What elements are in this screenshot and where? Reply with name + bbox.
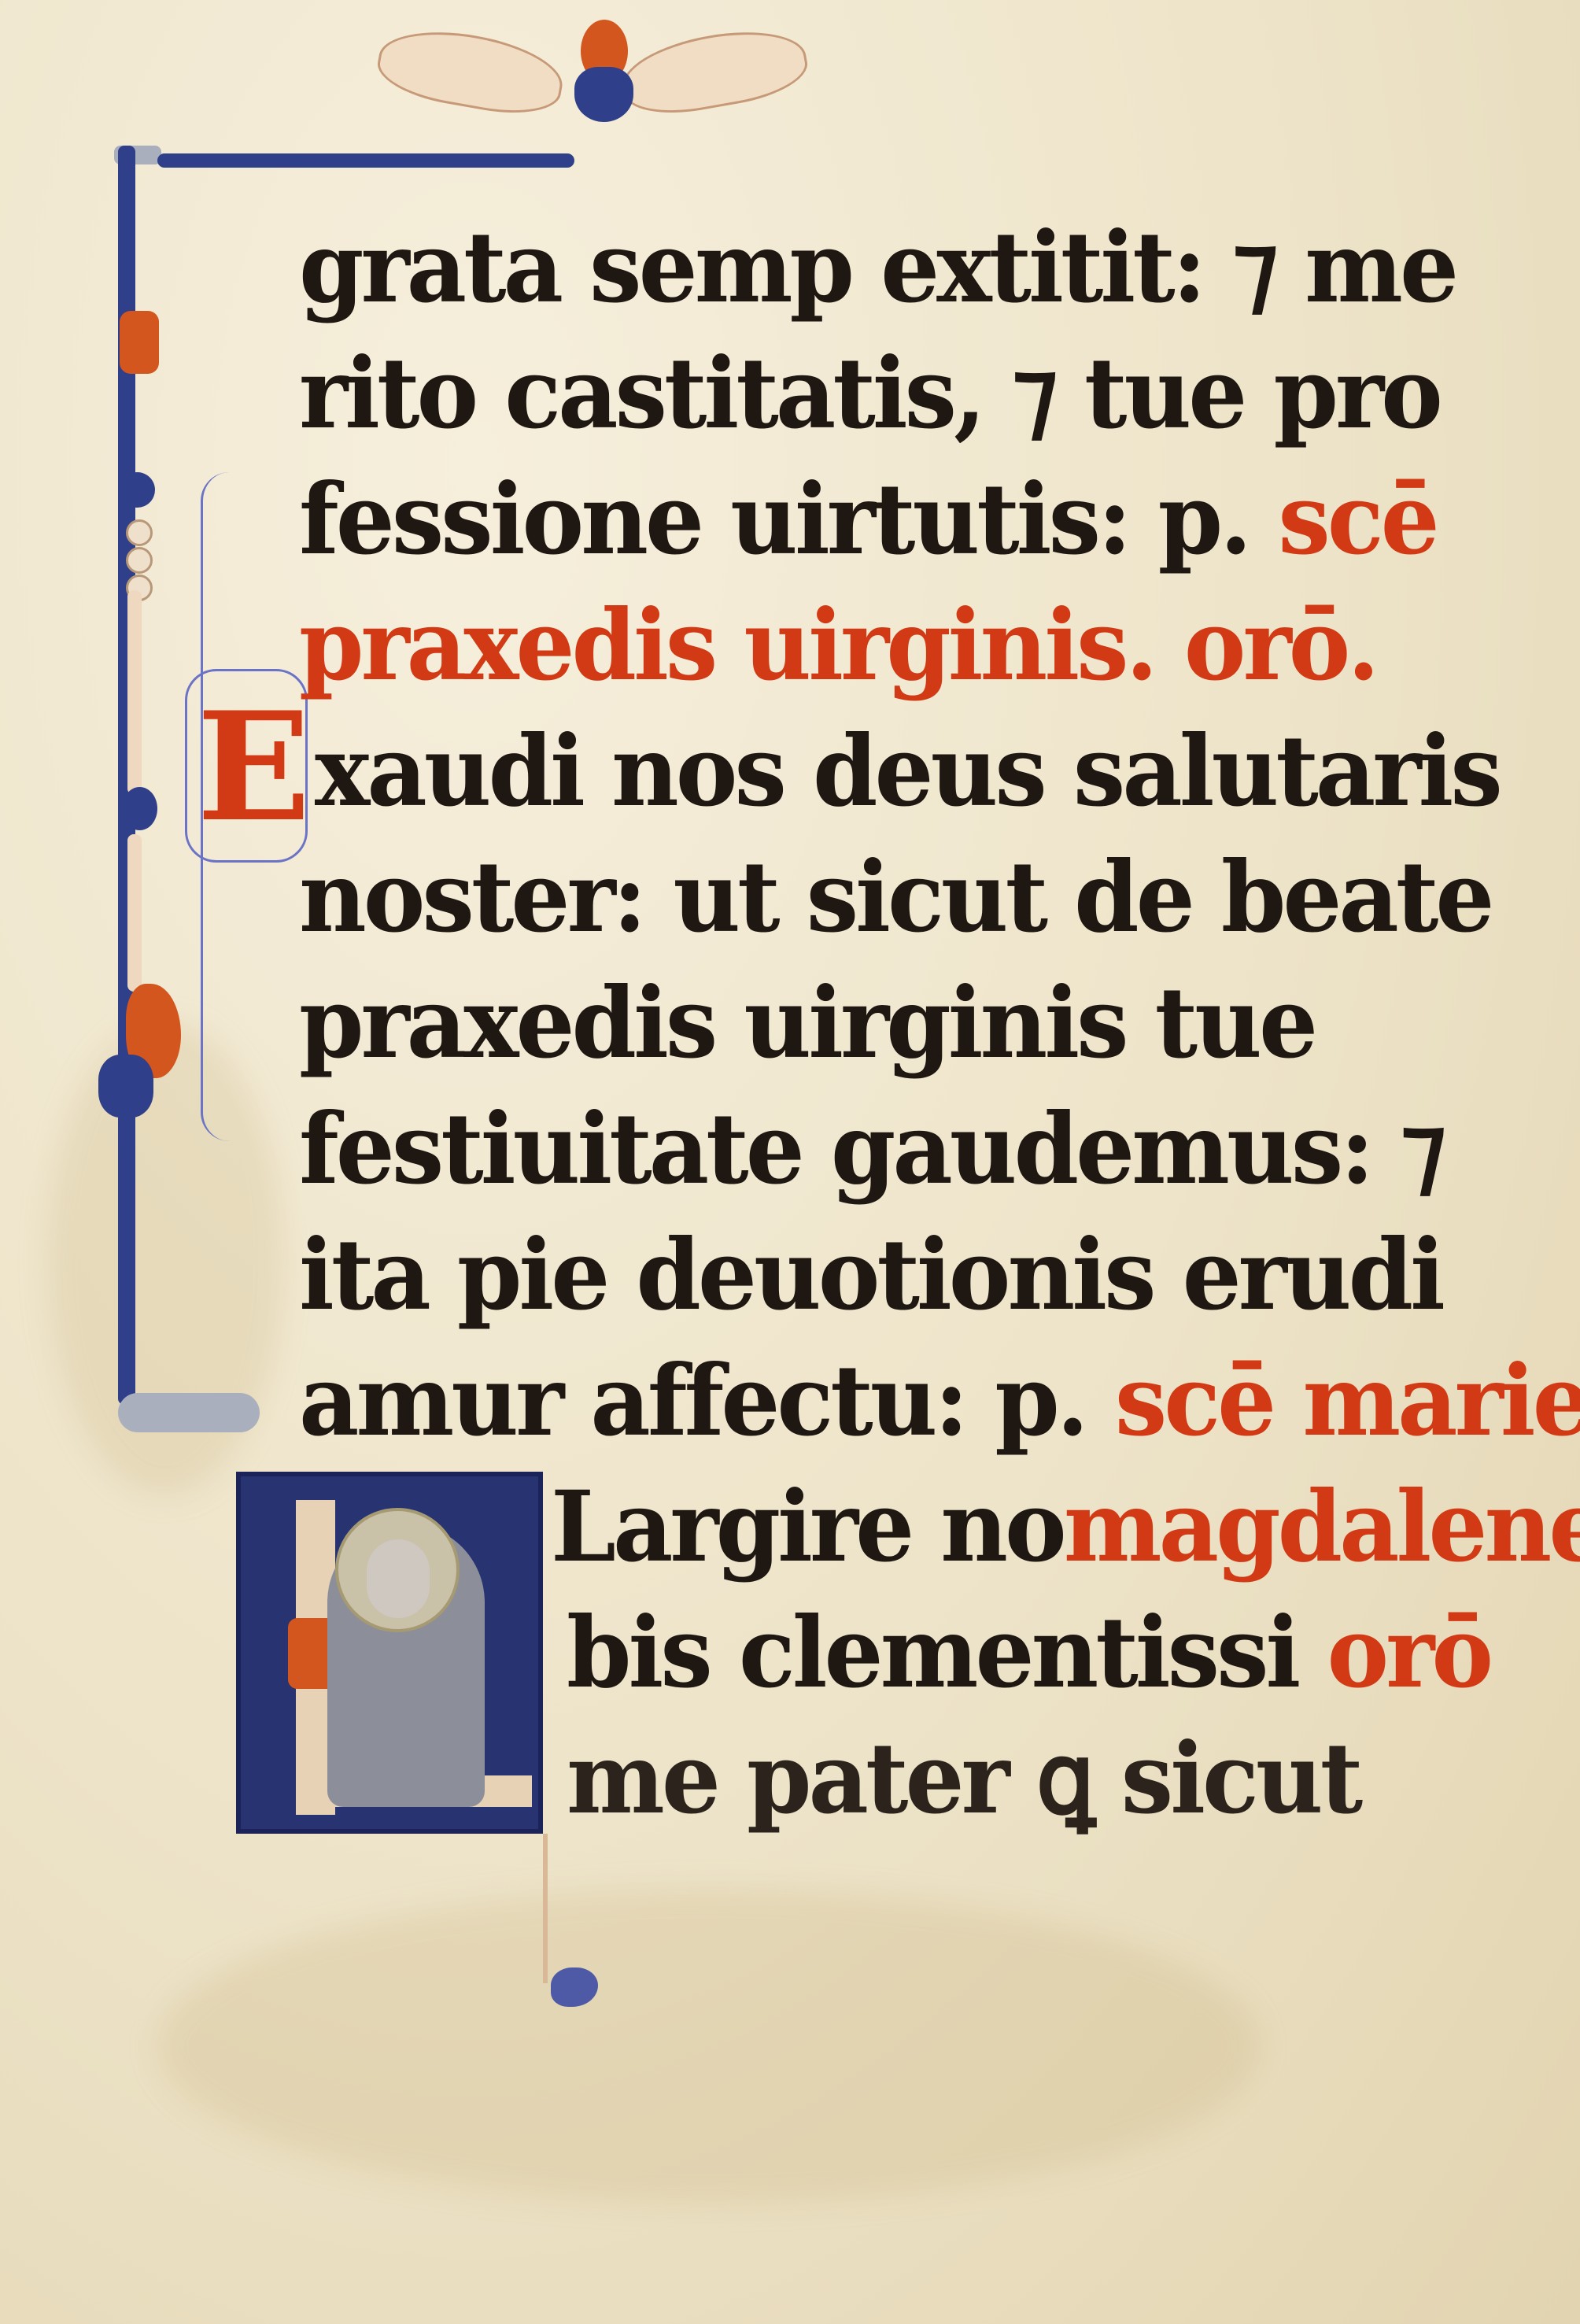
border-bottom-silver: [118, 1393, 260, 1432]
border-top-arm: [157, 153, 574, 168]
parchment-stain: [157, 1889, 1259, 2204]
text-segment: bis clementissi: [567, 1595, 1298, 1710]
text-segment: xaudi nos deus salutaris: [315, 714, 1500, 829]
blue-leaf-icon: [98, 1055, 153, 1118]
border-pale-bar: [127, 590, 142, 795]
rubric-segment: praxedis uirginis. orō.: [299, 588, 1376, 703]
tendril: [543, 1834, 548, 1983]
text-segment: amur affectu: p.: [299, 1343, 1086, 1458]
text-line-5: xaudi nos deus salutaris: [315, 714, 1500, 829]
rubric-segment: scē marie: [1086, 1343, 1580, 1458]
text-segment: Largire no: [551, 1469, 1064, 1584]
rubric-segment: scē: [1249, 462, 1436, 577]
text-line-11: Largire nomagdalene: [551, 1469, 1580, 1584]
bead-icon: [126, 519, 153, 546]
blue-knot-icon: [122, 787, 157, 830]
text-segment: noster: ut sicut de beate: [299, 840, 1491, 955]
text-line-6: noster: ut sicut de beate: [299, 840, 1491, 955]
text-line-4: praxedis uirginis. orō.: [299, 588, 1376, 703]
text-line-7: praxedis uirginis tue: [299, 966, 1315, 1081]
right-wing-icon: [617, 20, 812, 123]
text-segment: ita pie deuotionis erudi: [299, 1217, 1442, 1332]
text-line-10: amur affectu: p. scē marie: [299, 1343, 1580, 1458]
text-segment: festiuitate gaudemus: ⁊: [299, 1092, 1444, 1206]
blue-knot-icon: [120, 472, 155, 508]
text-line-2: rito castitatis, ⁊ tue pro: [299, 336, 1440, 451]
rubric-segment: magdalene: [1064, 1469, 1580, 1584]
initial-e: E: [197, 700, 315, 834]
text-line-1: grata semp extitit: ⁊ me: [299, 210, 1456, 325]
rubric-segment: orō: [1298, 1595, 1490, 1710]
text-line-12: bis clementissi orō: [567, 1595, 1490, 1710]
saint-face-icon: [367, 1539, 430, 1618]
manuscript-page: E grata semp extitit: ⁊ me rito castitat…: [0, 0, 1580, 2324]
text-line-9: ita pie deuotionis erudi: [299, 1217, 1442, 1332]
text-segment: grata semp extitit: ⁊ me: [299, 210, 1456, 325]
left-wing-icon: [373, 20, 568, 123]
text-line-13: me pater ꝗ sicut: [567, 1721, 1360, 1836]
text-segment: me pater ꝗ sicut: [567, 1721, 1360, 1836]
border-pale-bar: [127, 834, 142, 992]
text-segment: fessione uirtutis: p.: [299, 462, 1249, 577]
bead-icon: [126, 547, 153, 574]
text-segment: rito castitatis, ⁊ tue pro: [299, 336, 1440, 451]
text-segment: praxedis uirginis tue: [299, 966, 1315, 1081]
orange-knot-icon: [120, 311, 159, 374]
text-line-3: fessione uirtutis: p. scē: [299, 462, 1437, 577]
historiated-initial-miniature: [236, 1472, 543, 1834]
text-line-8: festiuitate gaudemus: ⁊: [299, 1092, 1444, 1206]
blue-bud-icon: [574, 67, 633, 122]
